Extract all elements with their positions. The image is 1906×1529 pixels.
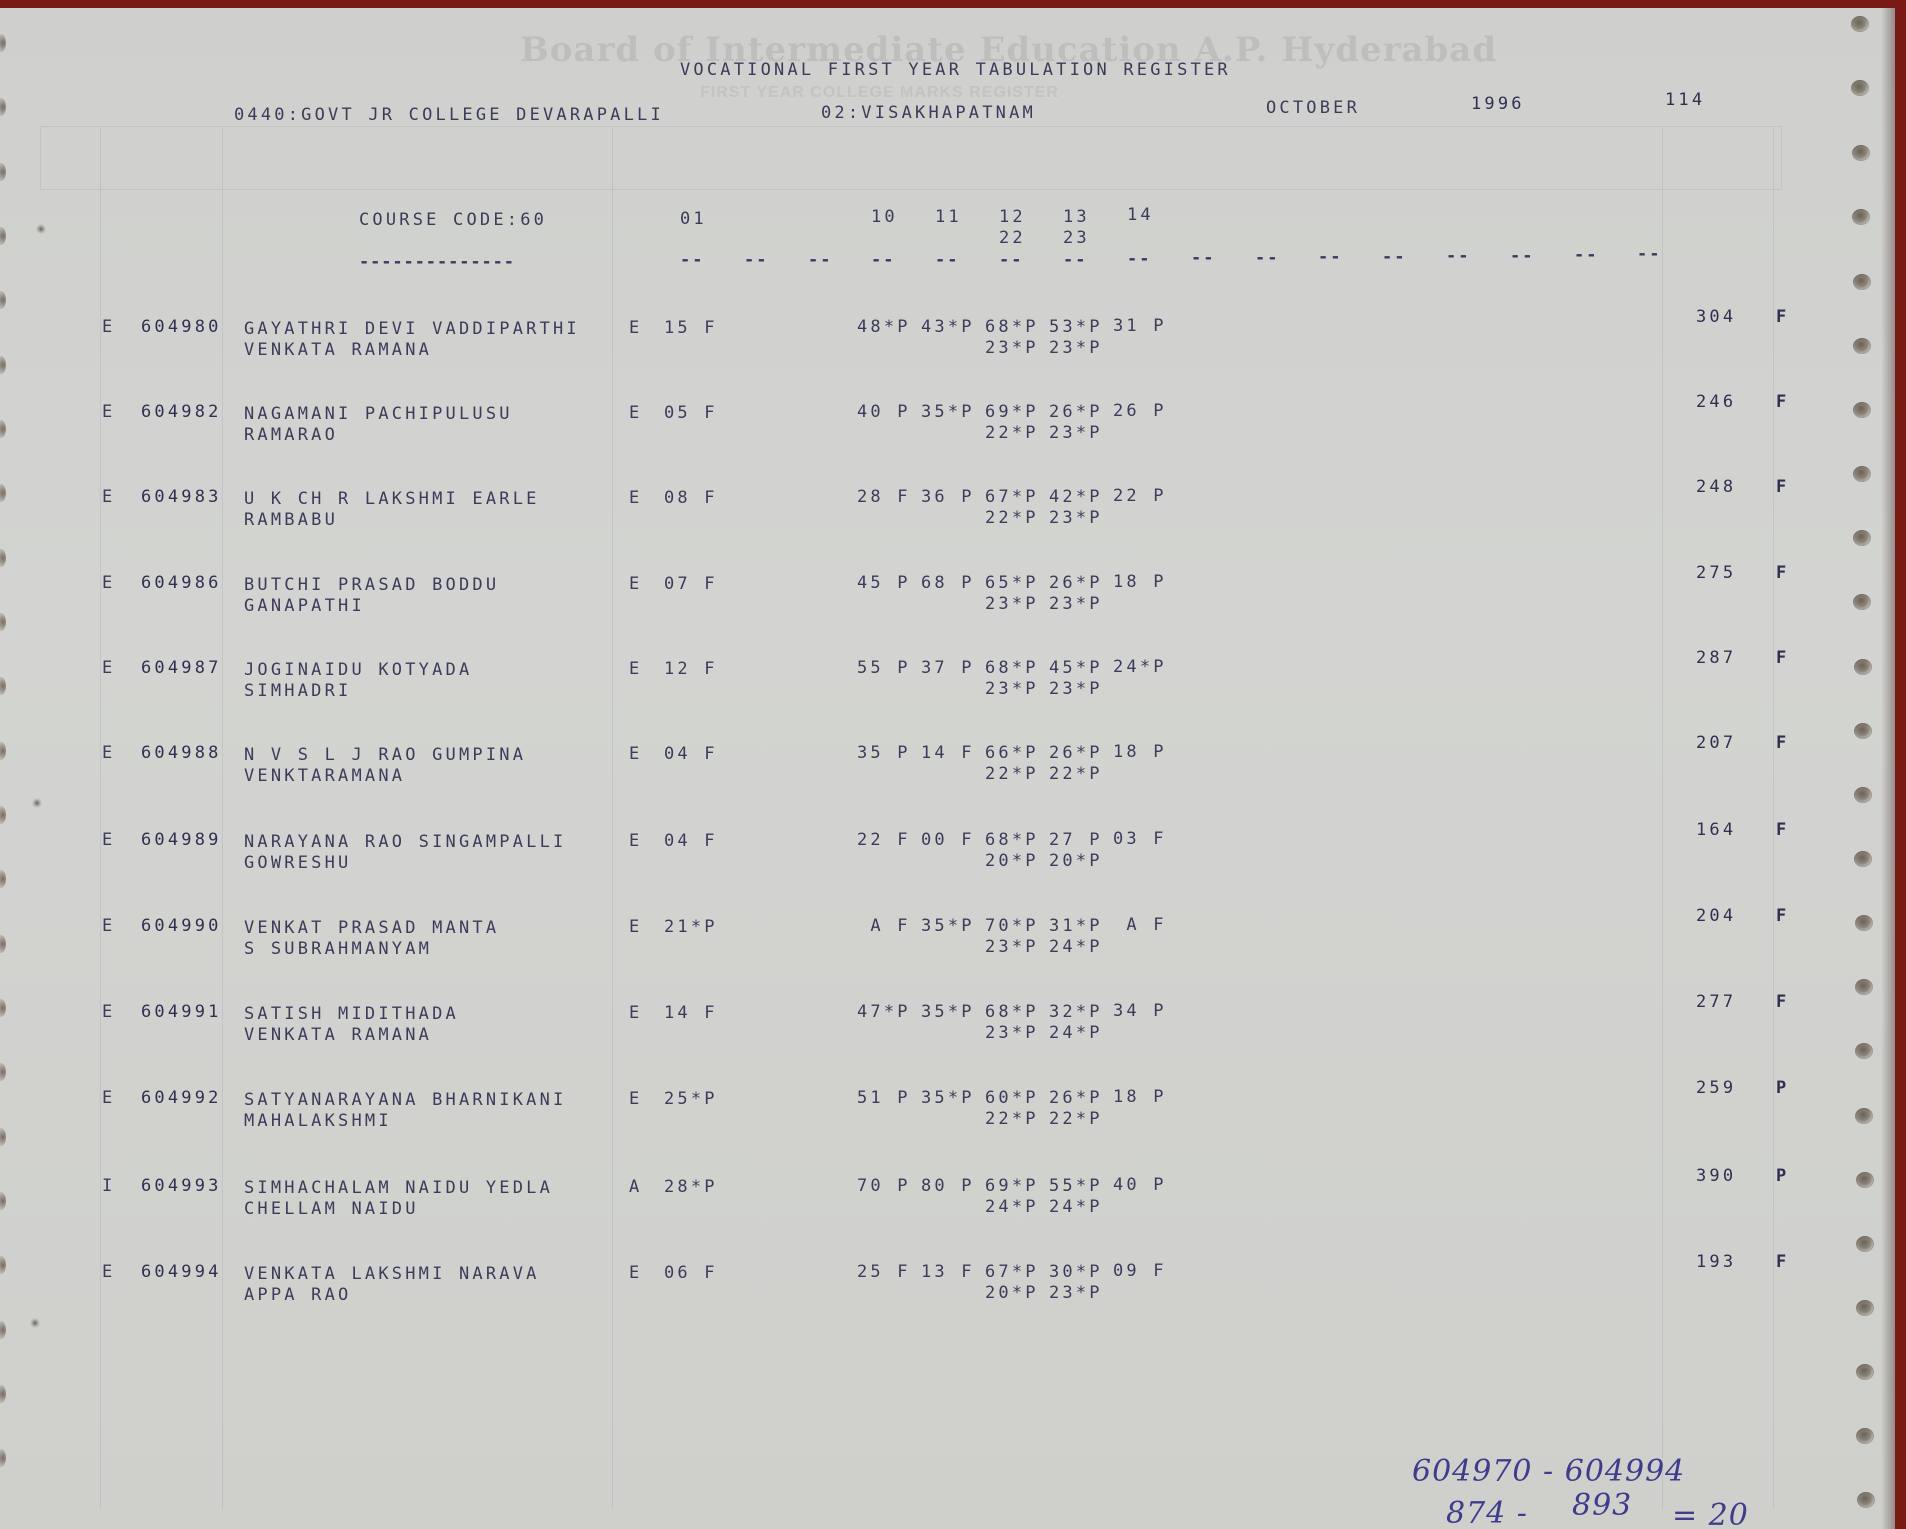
- student-record-row: E 604980 GAYATHRI DEVI VADDIPARTHI VENKA…: [0, 319, 1895, 379]
- student-record-row: E 604989 NARAYANA RAO SINGAMPALLI GOWRES…: [0, 832, 1895, 892]
- candidate-category: E: [102, 319, 115, 336]
- marks-subject-13: 26*P: [1049, 1090, 1103, 1107]
- marks-subject-14: 18 P: [1113, 1089, 1167, 1106]
- marks-subject-22: 22*P: [985, 1111, 1039, 1128]
- student-record-row: E 604987 JOGINAIDU KOTYADA SIMHADRI E 12…: [0, 660, 1895, 720]
- marks-subject-10: 25 F: [857, 1264, 911, 1281]
- candidate-name-continued: RAMBABU: [244, 512, 338, 529]
- candidate-name: VENKATA LAKSHMI NARAVA: [244, 1266, 540, 1283]
- candidate-name-continued: GOWRESHU: [244, 855, 351, 872]
- marks-subject-22: 23*P: [985, 1025, 1039, 1042]
- marks-subject-10: 28 F: [857, 489, 911, 506]
- marks-subject-01: 21*P: [664, 919, 718, 936]
- exam-month: OCTOBER: [1266, 100, 1360, 117]
- candidate-name-continued: GANAPATHI: [244, 598, 365, 615]
- subject-code-10: 10: [871, 209, 898, 226]
- candidate-category: E: [102, 1264, 115, 1281]
- marks-subject-10: 55 P: [857, 660, 911, 677]
- result-status: P: [1776, 1168, 1789, 1185]
- marks-subject-11: 35*P: [921, 1004, 975, 1021]
- marks-subject-14: 03 F: [1113, 831, 1167, 848]
- result-status: P: [1776, 1080, 1789, 1097]
- marks-subject-10: 35 P: [857, 745, 911, 762]
- candidate-name-continued: VENKATA RAMANA: [244, 342, 432, 359]
- marks-subject-13: 26*P: [1049, 404, 1103, 421]
- marks-subject-13: 27 P: [1049, 832, 1103, 849]
- hall-ticket-number: 604992: [141, 1090, 222, 1107]
- candidate-name-continued: VENKATA RAMANA: [244, 1027, 432, 1044]
- marks-subject-14: A F: [1113, 917, 1167, 934]
- candidate-name-continued: RAMARAO: [244, 427, 338, 444]
- total-marks: 304: [1696, 309, 1736, 326]
- marks-subject-22: 24*P: [985, 1199, 1039, 1216]
- medium-code: E: [629, 320, 642, 337]
- hall-ticket-number: 604990: [141, 918, 222, 935]
- marks-subject-12: 69*P: [985, 404, 1039, 421]
- marks-subject-23: 22*P: [1049, 1111, 1103, 1128]
- candidate-name: SATISH MIDITHADA: [244, 1006, 459, 1023]
- page-number: 114: [1665, 92, 1705, 109]
- candidate-category: E: [102, 489, 115, 506]
- total-marks: 204: [1696, 908, 1736, 925]
- marks-subject-11: 00 F: [921, 832, 975, 849]
- student-record-row: E 604990 VENKAT PRASAD MANTA S SUBRAHMAN…: [0, 918, 1895, 978]
- marks-subject-12: 66*P: [985, 745, 1039, 762]
- marks-subject-10: 47*P: [857, 1004, 911, 1021]
- subject-code-22: 22: [999, 230, 1026, 247]
- marks-subject-10: A F: [857, 918, 911, 935]
- candidate-category: E: [102, 832, 115, 849]
- candidate-name-continued: CHELLAM NAIDU: [244, 1201, 419, 1218]
- candidate-name-continued: SIMHADRI: [244, 683, 351, 700]
- student-record-row: E 604986 BUTCHI PRASAD BODDU GANAPATHI E…: [0, 575, 1895, 635]
- marks-subject-10: 70 P: [857, 1178, 911, 1195]
- marks-subject-13: 26*P: [1049, 575, 1103, 592]
- exam-year: 1996: [1471, 96, 1525, 113]
- marks-subject-13: 26*P: [1049, 745, 1103, 762]
- marks-subject-13: 45*P: [1049, 660, 1103, 677]
- medium-code: A: [629, 1179, 642, 1196]
- marks-subject-11: 14 F: [921, 745, 975, 762]
- marks-subject-14: 24*P: [1113, 659, 1167, 676]
- result-status: F: [1776, 1254, 1789, 1271]
- marks-subject-12: 60*P: [985, 1090, 1039, 1107]
- candidate-name: NARAYANA RAO SINGAMPALLI: [244, 834, 566, 851]
- medium-code: E: [629, 919, 642, 936]
- marks-subject-23: 20*P: [1049, 853, 1103, 870]
- hall-ticket-number: 604980: [141, 319, 222, 336]
- marks-subject-10: 48*P: [857, 319, 911, 336]
- total-marks: 207: [1696, 735, 1736, 752]
- marks-subject-22: 23*P: [985, 939, 1039, 956]
- marks-subject-22: 23*P: [985, 340, 1039, 357]
- marks-subject-23: 24*P: [1049, 939, 1103, 956]
- candidate-category: I: [102, 1178, 115, 1195]
- course-code-label: COURSE CODE:60: [359, 212, 547, 229]
- subject-code-12: 12: [999, 209, 1026, 226]
- student-record-row: E 604982 NAGAMANI PACHIPULUSU RAMARAO E …: [0, 404, 1895, 464]
- marks-subject-13: 53*P: [1049, 319, 1103, 336]
- candidate-name-continued: VENKTARAMANA: [244, 768, 405, 785]
- candidate-category: E: [102, 1090, 115, 1107]
- marks-subject-23: 23*P: [1049, 596, 1103, 613]
- marks-subject-22: 22*P: [985, 766, 1039, 783]
- marks-subject-01: 05 F: [664, 405, 718, 422]
- marks-subject-01: 04 F: [664, 833, 718, 850]
- tabulation-register-sheet: Board of Intermediate Education A.P. Hyd…: [0, 8, 1895, 1529]
- marks-subject-14: 31 P: [1113, 318, 1167, 335]
- marks-subject-11: 35*P: [921, 404, 975, 421]
- marks-subject-23: 24*P: [1049, 1025, 1103, 1042]
- handwritten-count-end: 893: [1572, 1488, 1632, 1523]
- handwritten-count-start: 874 -: [1446, 1496, 1528, 1529]
- subject-code-01: 01: [680, 211, 707, 228]
- subject-code-13: 13: [1063, 209, 1090, 226]
- total-marks: 275: [1696, 565, 1736, 582]
- result-status: F: [1776, 994, 1789, 1011]
- marks-subject-12: 68*P: [985, 319, 1039, 336]
- candidate-category: E: [102, 404, 115, 421]
- marks-subject-14: 22 P: [1113, 488, 1167, 505]
- marks-subject-11: 43*P: [921, 319, 975, 336]
- hall-ticket-number: 604994: [141, 1264, 222, 1281]
- total-marks: 164: [1696, 822, 1736, 839]
- marks-subject-11: 13 F: [921, 1264, 975, 1281]
- candidate-name: NAGAMANI PACHIPULUSU: [244, 406, 513, 423]
- candidate-name: N V S L J RAO GUMPINA: [244, 747, 526, 764]
- marks-subject-13: 42*P: [1049, 489, 1103, 506]
- marks-subject-11: 35*P: [921, 1090, 975, 1107]
- marks-subject-01: 04 F: [664, 746, 718, 763]
- ghost-form-subheading: FIRST YEAR COLLEGE MARKS REGISTER: [700, 84, 1059, 102]
- medium-code: E: [629, 490, 642, 507]
- hall-ticket-number: 604988: [141, 745, 222, 762]
- marks-subject-10: 45 P: [857, 575, 911, 592]
- hall-ticket-number: 604986: [141, 575, 222, 592]
- result-status: F: [1776, 479, 1789, 496]
- marks-subject-01: 14 F: [664, 1005, 718, 1022]
- marks-subject-11: 35*P: [921, 918, 975, 935]
- marks-subject-01: 12 F: [664, 661, 718, 678]
- total-marks: 287: [1696, 650, 1736, 667]
- candidate-name-continued: S SUBRAHMANYAM: [244, 941, 432, 958]
- college-code-name: 0440:GOVT JR COLLEGE DEVARAPALLI: [234, 107, 664, 124]
- medium-code: E: [629, 1005, 642, 1022]
- candidate-name: U K CH R LAKSHMI EARLE: [244, 491, 540, 508]
- medium-code: E: [629, 833, 642, 850]
- candidate-category: E: [102, 918, 115, 935]
- marks-subject-11: 36 P: [921, 489, 975, 506]
- candidate-name-continued: APPA RAO: [244, 1287, 351, 1304]
- marks-subject-22: 23*P: [985, 596, 1039, 613]
- candidate-category: E: [102, 575, 115, 592]
- marks-subject-12: 69*P: [985, 1178, 1039, 1195]
- marks-subject-13: 55*P: [1049, 1178, 1103, 1195]
- result-status: F: [1776, 650, 1789, 667]
- result-status: F: [1776, 822, 1789, 839]
- marks-subject-11: 37 P: [921, 660, 975, 677]
- result-status: F: [1776, 908, 1789, 925]
- marks-subject-10: 40 P: [857, 404, 911, 421]
- total-marks: 277: [1696, 994, 1736, 1011]
- total-marks: 259: [1696, 1080, 1736, 1097]
- candidate-name: SATYANARAYANA BHARNIKANI: [244, 1092, 566, 1109]
- handwritten-range: 604970 - 604994: [1412, 1454, 1685, 1489]
- result-status: F: [1776, 394, 1789, 411]
- marks-subject-12: 67*P: [985, 489, 1039, 506]
- marks-subject-23: 23*P: [1049, 1285, 1103, 1302]
- marks-subject-10: 51 P: [857, 1090, 911, 1107]
- marks-subject-01: 28*P: [664, 1179, 718, 1196]
- marks-subject-13: 31*P: [1049, 918, 1103, 935]
- total-marks: 193: [1696, 1254, 1736, 1271]
- marks-subject-01: 06 F: [664, 1265, 718, 1282]
- marks-subject-22: 22*P: [985, 425, 1039, 442]
- marks-subject-22: 23*P: [985, 681, 1039, 698]
- marks-subject-23: 23*P: [1049, 510, 1103, 527]
- candidate-name-continued: MAHALAKSHMI: [244, 1113, 392, 1130]
- marks-subject-14: 18 P: [1113, 574, 1167, 591]
- total-marks: 248: [1696, 479, 1736, 496]
- medium-code: E: [629, 576, 642, 593]
- marks-subject-23: 23*P: [1049, 681, 1103, 698]
- candidate-name: VENKAT PRASAD MANTA: [244, 920, 499, 937]
- candidate-category: E: [102, 745, 115, 762]
- marks-subject-12: 68*P: [985, 660, 1039, 677]
- ghost-header-box: [40, 126, 1782, 190]
- candidate-name: JOGINAIDU KOTYADA: [244, 662, 472, 679]
- marks-subject-14: 09 F: [1113, 1263, 1167, 1280]
- marks-subject-12: 65*P: [985, 575, 1039, 592]
- marks-subject-23: 23*P: [1049, 340, 1103, 357]
- subject-code-11: 11: [935, 209, 962, 226]
- total-marks: 246: [1696, 394, 1736, 411]
- medium-code: E: [629, 1091, 642, 1108]
- hall-ticket-number: 604989: [141, 832, 222, 849]
- medium-code: E: [629, 661, 642, 678]
- student-record-row: E 604983 U K CH R LAKSHMI EARLE RAMBABU …: [0, 489, 1895, 549]
- total-marks: 390: [1696, 1168, 1736, 1185]
- hall-ticket-number: 604993: [141, 1178, 222, 1195]
- medium-code: E: [629, 1265, 642, 1282]
- result-status: F: [1776, 309, 1789, 326]
- marks-subject-14: 26 P: [1113, 403, 1167, 420]
- register-title: VOCATIONAL FIRST YEAR TABULATION REGISTE…: [680, 62, 1231, 79]
- marks-subject-11: 68 P: [921, 575, 975, 592]
- marks-subject-12: 70*P: [985, 918, 1039, 935]
- marks-subject-10: 22 F: [857, 832, 911, 849]
- candidate-name: BUTCHI PRASAD BODDU: [244, 577, 499, 594]
- marks-subject-01: 15 F: [664, 320, 718, 337]
- course-code-underline: --------------: [359, 252, 515, 272]
- candidate-name: SIMHACHALAM NAIDU YEDLA: [244, 1180, 553, 1197]
- marks-subject-13: 32*P: [1049, 1004, 1103, 1021]
- hall-ticket-number: 604987: [141, 660, 222, 677]
- marks-subject-23: 23*P: [1049, 425, 1103, 442]
- marks-subject-14: 40 P: [1113, 1177, 1167, 1194]
- student-record-row: E 604992 SATYANARAYANA BHARNIKANI MAHALA…: [0, 1090, 1895, 1150]
- marks-subject-22: 20*P: [985, 853, 1039, 870]
- handwritten-count-total: = 20: [1672, 1498, 1749, 1529]
- subject-code-23: 23: [1063, 230, 1090, 247]
- result-status: F: [1776, 565, 1789, 582]
- paper-speck: [36, 224, 46, 234]
- medium-code: E: [629, 405, 642, 422]
- marks-subject-01: 08 F: [664, 490, 718, 507]
- hall-ticket-number: 604991: [141, 1004, 222, 1021]
- marks-subject-01: 25*P: [664, 1091, 718, 1108]
- student-record-row: E 604991 SATISH MIDITHADA VENKATA RAMANA…: [0, 1004, 1895, 1064]
- student-record-row: I 604993 SIMHACHALAM NAIDU YEDLA CHELLAM…: [0, 1178, 1895, 1238]
- district-code-name: 02:VISAKHAPATNAM: [821, 105, 1036, 122]
- marks-subject-14: 34 P: [1113, 1003, 1167, 1020]
- marks-subject-12: 68*P: [985, 832, 1039, 849]
- candidate-category: E: [102, 660, 115, 677]
- medium-code: E: [629, 746, 642, 763]
- candidate-name: GAYATHRI DEVI VADDIPARTHI: [244, 321, 580, 338]
- student-record-row: E 604988 N V S L J RAO GUMPINA VENKTARAM…: [0, 745, 1895, 805]
- student-record-row: E 604994 VENKATA LAKSHMI NARAVA APPA RAO…: [0, 1264, 1895, 1324]
- subject-code-14: 14: [1127, 207, 1154, 224]
- marks-subject-11: 80 P: [921, 1178, 975, 1195]
- marks-subject-23: 24*P: [1049, 1199, 1103, 1216]
- marks-subject-22: 20*P: [985, 1285, 1039, 1302]
- candidate-category: E: [102, 1004, 115, 1021]
- marks-subject-14: 18 P: [1113, 744, 1167, 761]
- hall-ticket-number: 604982: [141, 404, 222, 421]
- marks-subject-22: 22*P: [985, 510, 1039, 527]
- marks-subject-23: 22*P: [1049, 766, 1103, 783]
- marks-subject-12: 67*P: [985, 1264, 1039, 1281]
- marks-subject-13: 30*P: [1049, 1264, 1103, 1281]
- marks-subject-01: 07 F: [664, 576, 718, 593]
- result-status: F: [1776, 735, 1789, 752]
- hall-ticket-number: 604983: [141, 489, 222, 506]
- marks-subject-12: 68*P: [985, 1004, 1039, 1021]
